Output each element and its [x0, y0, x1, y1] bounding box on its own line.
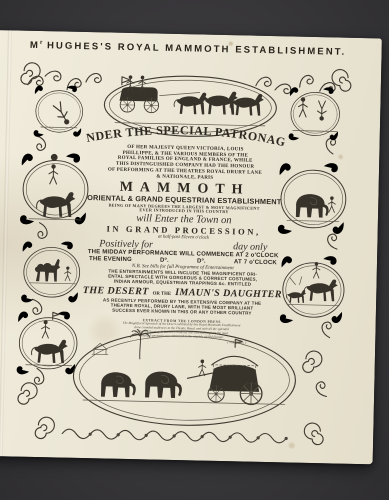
playbill-paper: Mr HUGHES'S ROYAL MAMMOTH ESTABLISHMENT.…	[0, 30, 382, 464]
positively-right: day only	[233, 242, 267, 254]
tumbling-acrobat-vignette	[31, 82, 85, 140]
camel-scene-vignette	[18, 237, 82, 306]
evening-label: THE EVENING	[89, 257, 132, 265]
patronage-lines: OF HER MAJESTY QUEEN VICTORIA, LOUIS PHI…	[82, 144, 289, 183]
spectacle-outro-lines: AS RECENTLY PERFORMED BY THIS EXTENSIVE …	[79, 298, 285, 317]
evening-time: AT 7 o'CLOCK	[234, 260, 277, 268]
spectacle-title-part: IMAUN'S DAUGHTER	[175, 287, 282, 300]
cavalry-rider-vignette	[14, 307, 80, 379]
equestrienne-with-ball-vignette	[17, 149, 91, 230]
stag-hunt-rider-vignette	[277, 252, 347, 328]
photograph-stage: Mr HUGHES'S ROYAL MAMMOTH ESTABLISHMENT.…	[0, 0, 389, 500]
text-column: UNDER THE SPECIAL PATRONAGE OF HER MAJES…	[78, 122, 289, 346]
bottom-garland	[35, 417, 323, 445]
acrobat-troupe-vignette	[286, 84, 342, 144]
title-prefix: M	[30, 40, 40, 51]
press-notice: EXTRACT FROM THE LONDON PRESS The Magnif…	[106, 317, 256, 345]
spectacle-title-part: THE DESERT	[83, 285, 149, 297]
state-carriage	[198, 339, 263, 405]
